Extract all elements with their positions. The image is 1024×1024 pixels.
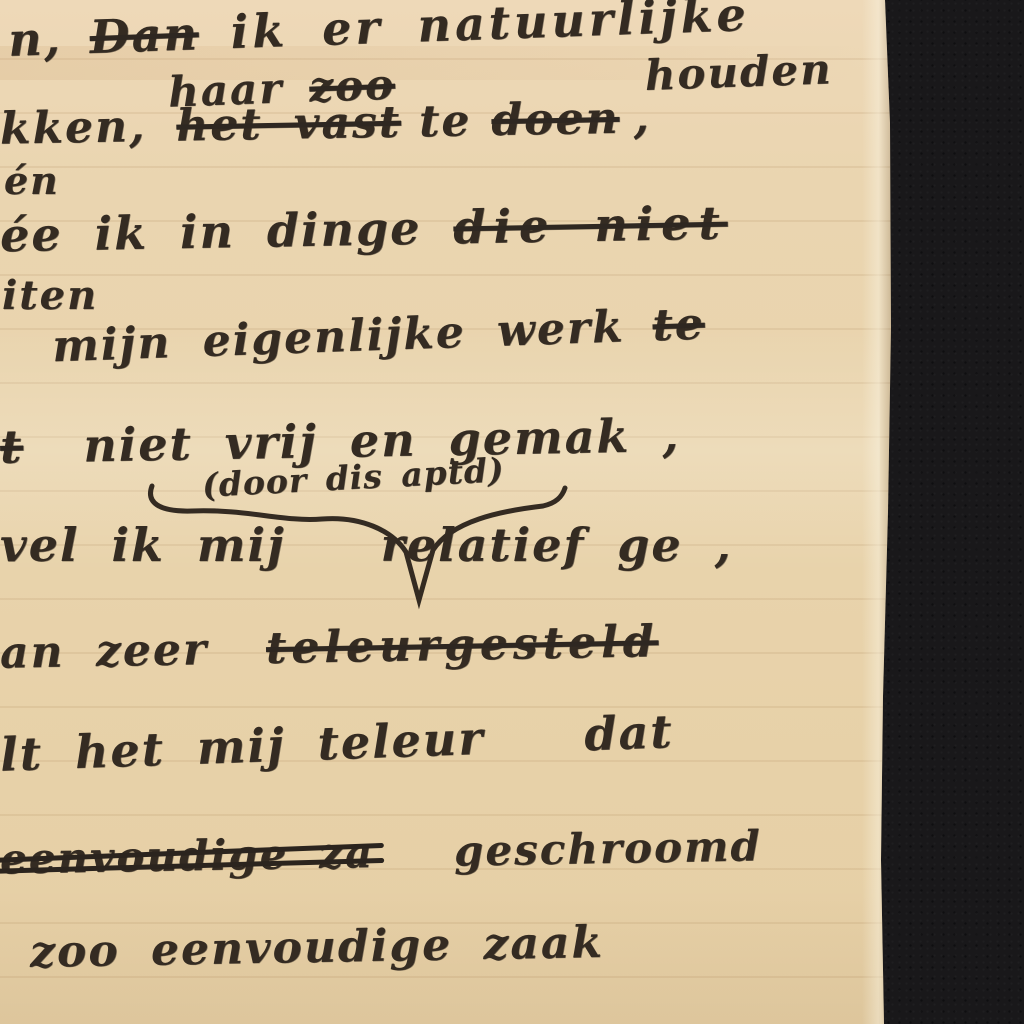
handwritten-line: én: [4, 158, 60, 203]
manuscript-page: n, Dan ik er natuurlijke haar zoo houden…: [0, 0, 1024, 1024]
struck-word: die niet: [453, 196, 728, 255]
handwritten-line: zoo eenvoudige zaak: [30, 917, 605, 978]
word-segment: houden: [644, 44, 833, 100]
word-segment: vel ik mij: [0, 518, 286, 572]
photo-backdrop: n, Dan ik er natuurlijke haar zoo houden…: [0, 0, 1024, 1024]
word-segment: ée ik in dinge: [0, 201, 422, 262]
struck-word: eenvoudige za: [0, 828, 374, 884]
struck-word: teleurgesteld: [266, 616, 659, 674]
handwritten-line: lt het mij teleur dat: [0, 704, 674, 781]
word-segment: an zeer: [0, 624, 208, 679]
word-segment: dat: [583, 704, 674, 761]
word-segment: ,: [633, 92, 651, 143]
word-segment: te: [419, 95, 472, 147]
handwritten-line: iten: [2, 272, 98, 319]
word-segment: én: [4, 158, 60, 203]
struck-word: te: [652, 299, 706, 352]
handwritten-line: kken, het vast te doen ,: [0, 92, 651, 154]
word-segment: lt het mij teleur: [0, 711, 485, 782]
word-segment: relatief ge ,: [381, 518, 733, 572]
word-segment: n,: [7, 11, 62, 67]
word-segment: zoo eenvoudige zaak: [30, 917, 605, 978]
handwritten-line: an zeer teleurgesteld: [0, 616, 659, 678]
word-segment: geschroomd: [454, 821, 763, 875]
handwritten-line: mijn eigenlijke werk te: [51, 299, 705, 373]
paper-edge-shadow: [862, 0, 892, 1024]
word-segment: iten: [2, 272, 98, 319]
struck-word: doen: [491, 93, 620, 146]
handwritten-line: eenvoudige za geschroomd: [0, 821, 762, 883]
handwritten-line: vel ik mij relatief ge ,: [0, 518, 733, 572]
struck-word: Dan: [89, 6, 200, 64]
word-segment: mijn eigenlijke werk: [51, 301, 625, 372]
word-segment: kken,: [0, 101, 147, 155]
struck-word: het vast: [176, 97, 402, 152]
struck-word: t: [0, 420, 24, 474]
handwritten-line: ée ik in dinge die niet: [0, 196, 728, 263]
